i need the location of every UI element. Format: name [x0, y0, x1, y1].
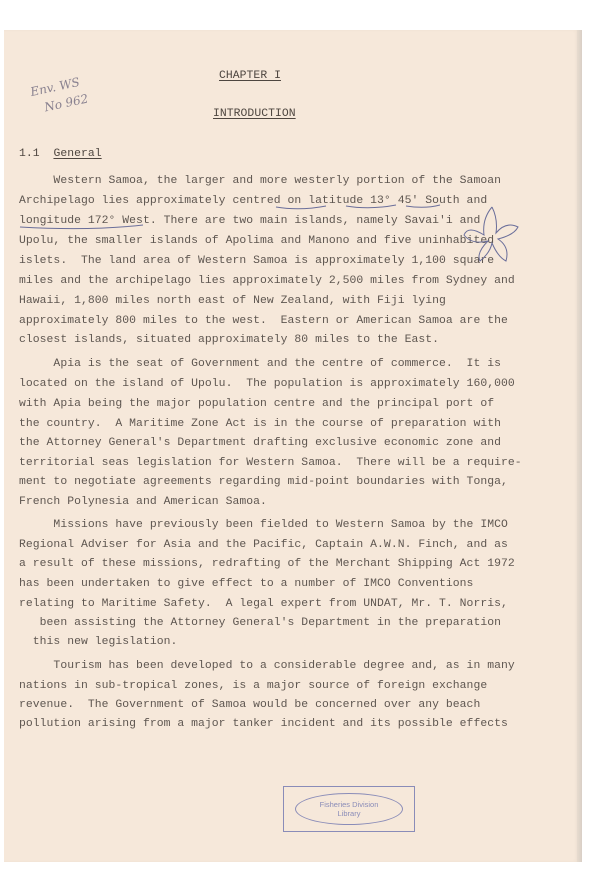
pen-annotations	[0, 0, 600, 892]
stamp-line-2: Library	[338, 809, 361, 818]
stamp-oval: Fisheries Division Library	[295, 793, 403, 825]
margin-scribble-icon	[462, 205, 522, 265]
stamp-line-1: Fisheries Division	[320, 800, 379, 809]
library-stamp: Fisheries Division Library	[283, 786, 415, 832]
